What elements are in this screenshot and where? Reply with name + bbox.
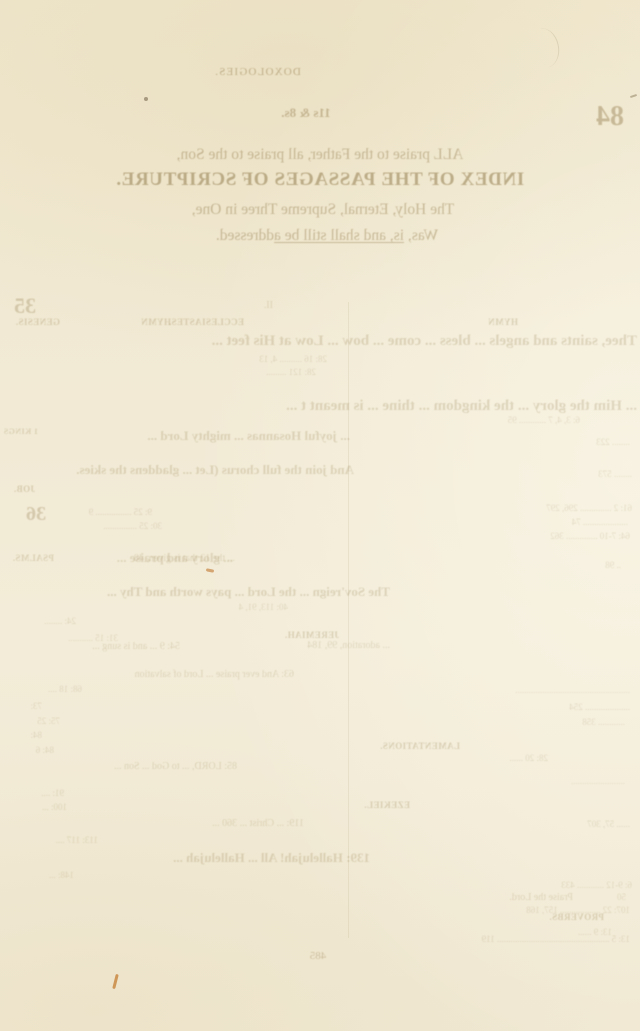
index-row-bleed: 73: bbox=[12, 701, 42, 711]
index-column-header-bleed: HYMN bbox=[139, 317, 171, 327]
index-row-bleed: ... joyful Hosannas ... mighty Lord ... bbox=[55, 429, 350, 444]
index-row-bleed: ... the 12 that is given, 48 bbox=[105, 553, 235, 564]
index-row-bleed: The Sov'reign ... the Lord ... pays wort… bbox=[60, 585, 390, 600]
hymn-line-text: Was, bbox=[404, 227, 438, 244]
hymn-line-bleed: ALL praise to the Father, all praise to … bbox=[85, 146, 555, 163]
index-row-bleed: 85: LORD, ... to God ... Son ... bbox=[12, 761, 237, 772]
index-row-bleed: 84: bbox=[12, 730, 42, 740]
hymn-number-bleed: 35 bbox=[6, 294, 36, 319]
index-row-bleed: .................... 254 bbox=[382, 702, 630, 712]
index-book-header-bleed: JEREMIAH. bbox=[283, 630, 339, 640]
index-row-bleed: Thee, saints and angels ... bless ... co… bbox=[42, 333, 637, 350]
index-row-bleed: 13: 5 ..................................… bbox=[128, 934, 630, 944]
hymn-line-text: ddressed. bbox=[216, 227, 274, 244]
scratch-mark bbox=[524, 25, 563, 71]
hymn-line-underlined-text: is, and shall still be a bbox=[274, 227, 404, 244]
index-book-header-bleed: ECCLESIASTES. bbox=[172, 317, 244, 327]
hymn-number-bleed: 84 bbox=[589, 101, 631, 132]
index-book-header-bleed: 1 KINGS bbox=[0, 428, 38, 437]
index-row-bleed: 64: 7-10 .............. 362 bbox=[430, 531, 630, 541]
index-row-bleed: 113: 117 .... bbox=[12, 835, 98, 845]
index-row-bleed: 28: 20 ...... bbox=[430, 753, 548, 763]
index-row-bleed: 6: 3, 4, 7 ............ 95 bbox=[425, 415, 580, 425]
index-row-bleed: 91: .... bbox=[12, 788, 64, 798]
index-row-bleed: ...... 57, 307 bbox=[524, 819, 630, 829]
index-row-bleed: 75: 25 bbox=[12, 716, 60, 726]
edge-mark bbox=[630, 94, 637, 98]
rust-fleck bbox=[206, 568, 214, 573]
index-row-bleed: 61: 2 .............. 296, 297 bbox=[427, 503, 632, 513]
index-row-bleed: ............ 358 bbox=[420, 717, 625, 727]
index-book-header-bleed: PSALMS. bbox=[4, 553, 54, 563]
index-heading-bleed: INDEX OF THE PASSAGES OF SCRIPTURE. bbox=[86, 169, 554, 190]
hymn-line-bleed: The Holy, Eternal, Supreme Three in One, bbox=[103, 201, 543, 218]
index-book-header-bleed: LAMENTATIONS. bbox=[380, 741, 460, 751]
index-row-bleed: ........................................… bbox=[298, 685, 630, 695]
index-row-bleed: ........................ bbox=[430, 776, 625, 786]
index-row-bleed: 54: 9 ... and is sung ... bbox=[10, 641, 180, 652]
index-row-bleed: 40: 113, 91, 4 bbox=[214, 602, 288, 612]
index-row-bleed: 84: 6 bbox=[12, 745, 54, 755]
index-book-header-bleed: JOB. bbox=[3, 484, 35, 494]
index-book-header-bleed: GENESIS. bbox=[10, 317, 60, 327]
hymn-line-bleed: Was, is, and shall still be addressed. bbox=[131, 227, 523, 244]
index-row-bleed: 6: 9-12 ............ 433 bbox=[470, 880, 632, 890]
scanned-book-page: DOXOLOGIES. 84 11s & 8s. ALL praise to t… bbox=[0, 0, 640, 1031]
index-row-bleed: 28: 16 .......... 4, 13 bbox=[222, 354, 327, 364]
index-row-bleed: II. bbox=[247, 300, 273, 311]
index-row-bleed: ........ 223 bbox=[558, 437, 630, 447]
index-row-bleed: 68: 18 .... bbox=[12, 684, 82, 694]
index-row-bleed: 148: ... bbox=[12, 870, 74, 880]
index-row-bleed: 119: ... Christ ... 360 ... bbox=[12, 818, 304, 829]
running-head-bleed: DOXOLOGIES. bbox=[205, 66, 310, 78]
index-row-bleed: ... adoration, 99, 184 bbox=[200, 640, 390, 651]
index-book-header-bleed: EZEKIEL. bbox=[352, 800, 410, 810]
index-book-header-bleed: PROVERBS. bbox=[518, 912, 604, 922]
index-row-bleed: Praise the Lord. bbox=[477, 892, 573, 903]
index-row-bleed: ... Him the glory ... the kingdom ... th… bbox=[42, 398, 637, 415]
page-number-bleed: 485 bbox=[301, 950, 335, 962]
index-row-bleed: 100: ... bbox=[12, 802, 67, 812]
rust-fiber bbox=[112, 974, 119, 989]
index-row-bleed: .................... 74 bbox=[440, 517, 628, 527]
index-row-bleed: And join the full chorus (Let ... gladde… bbox=[14, 463, 354, 478]
ink-speck bbox=[144, 97, 148, 101]
index-row-bleed: 24: ........ bbox=[12, 616, 76, 626]
index-row-bleed: 9: 25 ................ 9 bbox=[12, 507, 152, 517]
index-row-bleed: ........ 573 bbox=[540, 469, 632, 479]
index-row-bleed: 28: 121 ......... bbox=[224, 367, 316, 377]
index-column-header-bleed: HYMN bbox=[486, 317, 518, 327]
meter-bleed: 11s & 8s. bbox=[270, 106, 342, 121]
index-row-bleed: 63: And ever praise ... Lord of salvatio… bbox=[12, 669, 294, 680]
index-row-bleed: 30: 25 ............... bbox=[12, 521, 162, 531]
index-row-bleed: 50 bbox=[600, 892, 626, 902]
index-row-bleed: .. 98 bbox=[585, 560, 621, 570]
index-row-bleed: 139: Hallelujah! All ... Hallelujah ... bbox=[12, 851, 370, 866]
